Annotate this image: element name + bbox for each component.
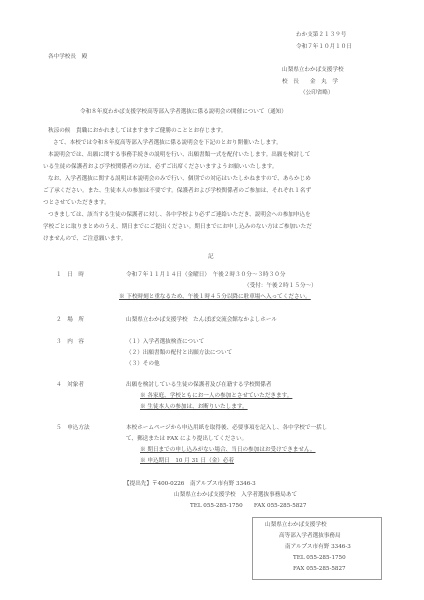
- body-line: つとさせていただきます。: [43, 201, 110, 207]
- item-label-target: ４ 対象者: [56, 383, 84, 389]
- contact-box: 山梨県立わかば支援学校 高等部入学者選抜事務局 南アルプス市有野 3346-3 …: [252, 517, 382, 580]
- item-application-line: て、郵送または FAX により提出してください。: [126, 437, 247, 443]
- sender-principal: 校 長 金 丸 学: [282, 80, 338, 86]
- item-label-datetime: １ 日 時: [56, 273, 84, 279]
- body-line: いる生徒の保護者および学校関係者の方は、必ずご出席くださいますようお願いいたしま…: [43, 165, 278, 171]
- item-label-content: ３ 内 容: [56, 340, 84, 346]
- item-datetime-reception: （受付：午後２時１５分～）: [244, 284, 317, 290]
- body-line: さて、本校では令和８年度高等部入学者選抜に係る説明会を下記のとおり開催いたします…: [53, 141, 282, 147]
- contact-office: 高等部入学者選抜事務局: [279, 534, 341, 540]
- body-line: なお、入学者選抜に関する説明は本説明会のみで行い、個別での対応はいたしかねますの…: [48, 177, 311, 183]
- contact-tel: TEL 055-285-1750: [293, 556, 346, 562]
- item-target-note: ※ 各家庭、学校ともにお一人の参加とさせていただきます。: [140, 394, 292, 400]
- item-application-line: 本校ホームページから申込用紙を取得後、必要事項を記入し、各中学校で一括し: [126, 426, 327, 432]
- item-target-value: 出願を検討している生徒の保護者及び在籍する学校関係者: [126, 383, 271, 389]
- contact-address: 南アルプス市有野 3346-3: [285, 545, 351, 551]
- body-line: 秋涼の候 貴職におかれましてはますますご健勝のこととお存じます。: [48, 129, 227, 135]
- body-line: つきましては、該当する生徒の保護者に対し、各中学校より必ずご連絡いただき、説明会…: [48, 213, 311, 219]
- item-content-line: （１）入学者選抜検査について: [126, 340, 204, 346]
- item-application-deadline: ※ 申込期日 10 月 31 日（金）必着: [140, 459, 234, 465]
- item-place-value: 山梨県立わかば支援学校 たんぽぽ交流会館なかよしホール: [126, 318, 277, 324]
- body-line: ご了承ください。また、生徒本人の参加は不要です。保護者および学校関係者のご参加は…: [43, 189, 311, 195]
- addressee: 各中学校長 殿: [48, 55, 87, 61]
- document-number: わか支第２１３９号: [296, 33, 346, 39]
- item-content-line: （３）その他: [126, 362, 160, 368]
- ki-heading: 記: [208, 255, 214, 261]
- item-content-line: （２）出願書類の配付と出願方法について: [126, 351, 232, 357]
- body-line: 学校ごとに取りまとめのうえ、期日までにご提出ください。期日までにお申し込みのない…: [43, 225, 312, 231]
- item-datetime-line: 令和７年１１月１４日（金曜日） 午後２時３０分～３時３０分: [126, 273, 285, 279]
- sender-school: 山梨県立わかば支援学校: [282, 68, 344, 74]
- item-application-note: ※ 期日までの申し込みがない場合、当日の参加はお受けできません。: [140, 448, 316, 454]
- issue-date: 令和７年１０月１０日: [296, 45, 352, 51]
- item-label-application: ５ 申込方法: [56, 426, 90, 432]
- submission-recipient: 山梨県立わかば支援学校 入学者選抜事務局あて: [174, 493, 297, 499]
- body-line: 本説明会では、出願に関する事務手続きの説明を行い、出願書類一式を配付いたします。…: [48, 153, 310, 159]
- contact-school: 山梨県立わかば支援学校: [265, 523, 327, 529]
- item-label-place: ２ 場 所: [56, 318, 84, 324]
- submission-phone-fax: TEL 055-285-1750 FAX 055-285-5827: [190, 504, 306, 510]
- document-title: 令和８年度わかば支援学校高等部入学者選抜に係る説明会の開催について（通知）: [80, 110, 287, 116]
- item-target-note: ※ 生徒本人の参加は、お断りいたします。: [140, 405, 248, 411]
- submission-address: 【提出先】〒400-0226 南アルプス市有野 3346-3: [124, 482, 256, 488]
- body-line: けませんので、ご注意願います。: [43, 237, 126, 243]
- seal-omitted-note: （公印省略）: [300, 91, 334, 97]
- item-datetime-note: ※ 下校時刻と重なるため、午後１時４５分以降に駐車場へ入ってください。: [119, 295, 311, 301]
- contact-fax: FAX 055-285-5827: [293, 567, 346, 573]
